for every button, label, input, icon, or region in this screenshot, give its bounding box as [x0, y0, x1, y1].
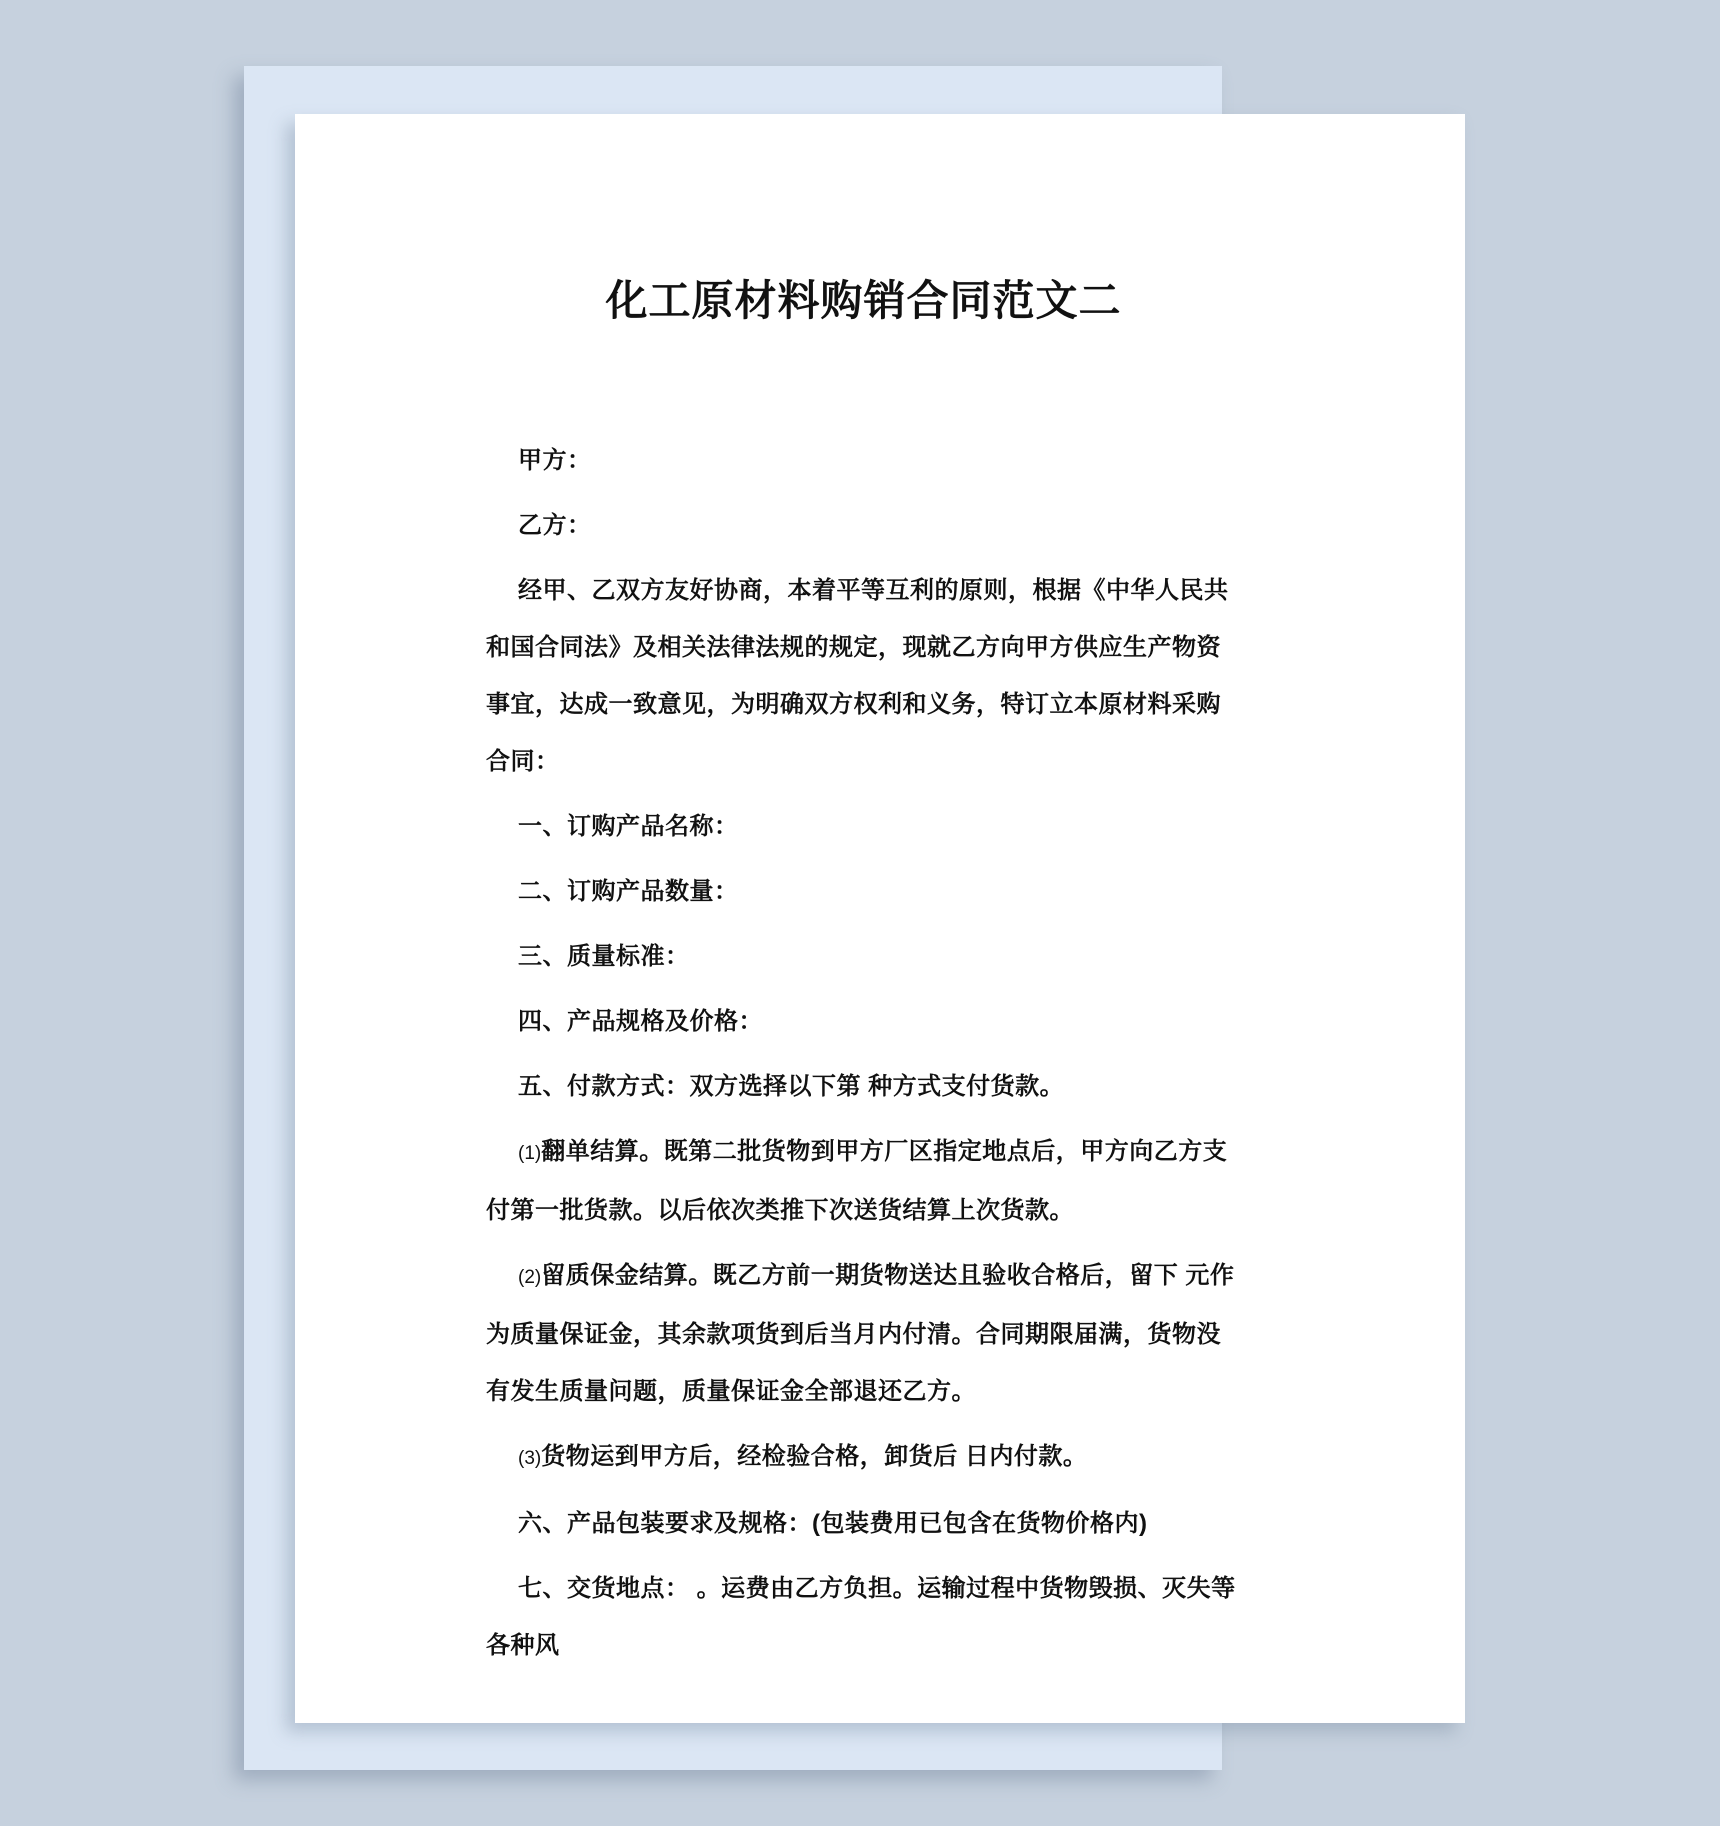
contract-paragraph: 甲方：	[486, 432, 1241, 489]
contract-paragraph: (2)留质保金结算。既乙方前一期货物送达且验收合格后，留下 元作为质量保证金，其…	[486, 1247, 1241, 1420]
contract-title: 化工原材料购销合同范文二	[486, 270, 1241, 332]
contract-paragraph: 六、产品包装要求及规格：(包装费用已包含在货物价格内)	[486, 1495, 1241, 1552]
paragraph-text: 七、交货地点： 。运费由乙方负担。运输过程中货物毁损、灭失等各种风	[486, 1575, 1236, 1659]
contract-paragraph: (3)货物运到甲方后，经检验合格，卸货后 日内付款。	[486, 1428, 1241, 1487]
contract-paragraph: 乙方：	[486, 497, 1241, 554]
paragraph-text: 五、付款方式：双方选择以下第 种方式支付货款。	[518, 1073, 1064, 1100]
contract-body: 甲方：乙方：经甲、乙双方友好协商，本着平等互利的原则，根据《中华人民共和国合同法…	[486, 432, 1241, 1674]
contract-content: 化工原材料购销合同范文二 甲方：乙方：经甲、乙双方友好协商，本着平等互利的原则，…	[295, 114, 1465, 1723]
contract-paragraph: 七、交货地点： 。运费由乙方负担。运输过程中货物毁损、灭失等各种风	[486, 1560, 1241, 1674]
paragraph-text: 乙方：	[518, 512, 592, 539]
paragraph-text: 一、订购产品名称：	[518, 813, 739, 840]
paragraph-text: 六、产品包装要求及规格：(包装费用已包含在货物价格内)	[518, 1510, 1147, 1537]
contract-page: 化工原材料购销合同范文二 甲方：乙方：经甲、乙双方友好协商，本着平等互利的原则，…	[295, 114, 1465, 1723]
paragraph-text: 四、产品规格及价格：	[518, 1008, 763, 1035]
clause-number: (3)	[518, 1448, 541, 1469]
paragraph-text: 留质保金结算。既乙方前一期货物送达且验收合格后，留下 元作为质量保证金，其余款项…	[486, 1262, 1234, 1405]
paragraph-text: 二、订购产品数量：	[518, 878, 739, 905]
contract-paragraph: (1)翻单结算。既第二批货物到甲方厂区指定地点后，甲方向乙方支付第一批货款。以后…	[486, 1123, 1241, 1239]
paragraph-text: 甲方：	[518, 447, 592, 474]
contract-paragraph: 三、质量标准：	[486, 928, 1241, 985]
paragraph-text: 翻单结算。既第二批货物到甲方厂区指定地点后，甲方向乙方支付第一批货款。以后依次类…	[486, 1138, 1227, 1224]
contract-paragraph: 一、订购产品名称：	[486, 798, 1241, 855]
contract-paragraph: 五、付款方式：双方选择以下第 种方式支付货款。	[486, 1058, 1241, 1115]
paragraph-text: 经甲、乙双方友好协商，本着平等互利的原则，根据《中华人民共和国合同法》及相关法律…	[486, 577, 1229, 775]
clause-number: (1)	[518, 1143, 541, 1164]
clause-number: (2)	[518, 1267, 541, 1288]
paragraph-text: 货物运到甲方后，经检验合格，卸货后 日内付款。	[541, 1443, 1087, 1470]
contract-paragraph: 四、产品规格及价格：	[486, 993, 1241, 1050]
contract-paragraph: 二、订购产品数量：	[486, 863, 1241, 920]
contract-paragraph: 经甲、乙双方友好协商，本着平等互利的原则，根据《中华人民共和国合同法》及相关法律…	[486, 562, 1241, 790]
paragraph-text: 三、质量标准：	[518, 943, 690, 970]
